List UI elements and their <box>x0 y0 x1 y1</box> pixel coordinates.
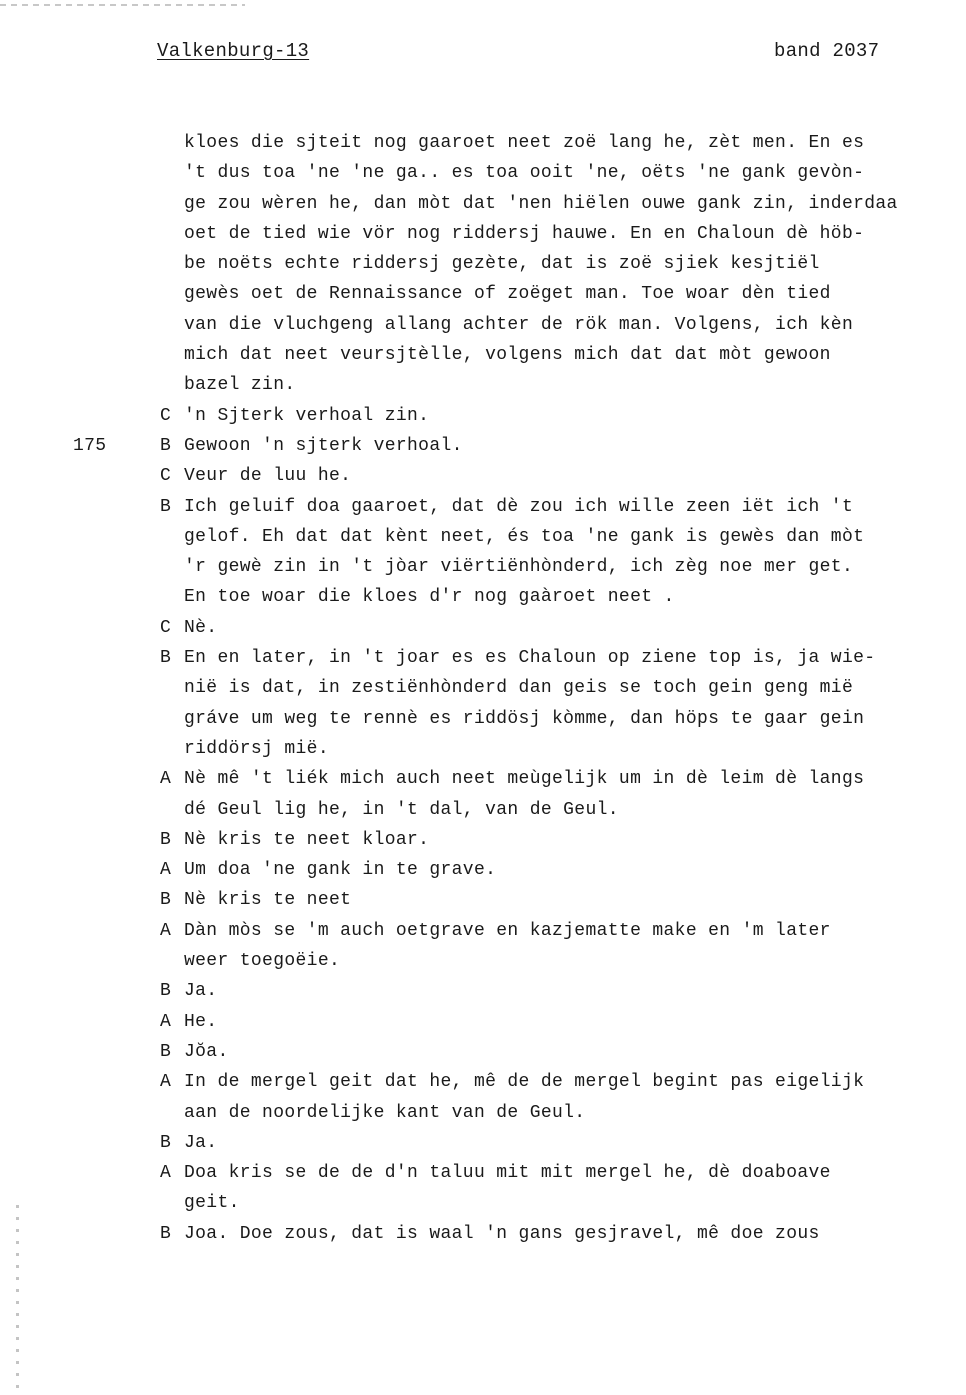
transcript-line: BJoa. Doe zous, dat is waal 'n gans gesj… <box>0 1219 966 1249</box>
transcript-line: aan de noordelijke kant van de Geul. <box>0 1098 966 1128</box>
speaker-label: B <box>160 492 171 522</box>
transcript-line: 175BGewoon 'n sjterk verhoal. <box>0 431 966 461</box>
transcript-line: CVeur de luu he. <box>0 461 966 491</box>
scan-artifact <box>0 4 245 6</box>
speaker-label: B <box>160 1128 171 1158</box>
speaker-label: B <box>160 1037 171 1067</box>
transcript-line: geit. <box>0 1188 966 1218</box>
line-text: ge zou wèren he, dan mòt dat 'nen hiëlen… <box>184 189 898 219</box>
speaker-label: A <box>160 916 171 946</box>
transcript-line: BNè kris te neet kloar. <box>0 825 966 855</box>
line-text: mich dat neet veursjtèlle, volgens mich … <box>184 340 831 370</box>
transcript-line: ADàn mòs se 'm auch oetgrave en kazjemat… <box>0 916 966 946</box>
transcript-line: gráve um weg te rennè es riddösj kòmme, … <box>0 704 966 734</box>
line-text: 't dus toa 'ne 'ne ga.. es toa ooit 'ne,… <box>184 158 864 188</box>
speaker-label: C <box>160 401 171 431</box>
transcript-line: van die vluchgeng allang achter de rök m… <box>0 310 966 340</box>
line-text: Jŏa. <box>184 1037 229 1067</box>
transcript-line: BNè kris te neet <box>0 885 966 915</box>
transcript-line: ANè mê 't liék mich auch neet meùgelijk … <box>0 764 966 794</box>
transcript-line: BJa. <box>0 976 966 1006</box>
line-text: nië is dat, in zestiënhònderd dan geis s… <box>184 673 853 703</box>
line-text: 'n Sjterk verhoal zin. <box>184 401 429 431</box>
speaker-label: B <box>160 431 171 461</box>
speaker-label: B <box>160 643 171 673</box>
line-text: 'r gewè zin in 't jòar viërtiënhònderd, … <box>184 552 853 582</box>
line-text: En en later, in 't joar es es Chaloun op… <box>184 643 875 673</box>
speaker-label: B <box>160 976 171 1006</box>
line-text: geit. <box>184 1188 240 1218</box>
line-text: Ja. <box>184 1128 217 1158</box>
transcript-line: BJa. <box>0 1128 966 1158</box>
line-text: oet de tied wie vör nog riddersj hauwe. … <box>184 219 864 249</box>
line-text: be noëts echte riddersj gezète, dat is z… <box>184 249 820 279</box>
transcript-line: weer toegoëie. <box>0 946 966 976</box>
speaker-label: B <box>160 825 171 855</box>
speaker-label: A <box>160 1158 171 1188</box>
line-text: weer toegoëie. <box>184 946 340 976</box>
line-text: bazel zin. <box>184 370 296 400</box>
speaker-label: C <box>160 461 171 491</box>
speaker-label: B <box>160 1219 171 1249</box>
transcript-line: C'n Sjterk verhoal zin. <box>0 401 966 431</box>
transcript-line: gewès oet de Rennaissance of zoëget man.… <box>0 279 966 309</box>
line-text: aan de noordelijke kant van de Geul. <box>184 1098 585 1128</box>
line-text: gewès oet de Rennaissance of zoëget man.… <box>184 279 831 309</box>
band-number: band 2037 <box>774 40 879 62</box>
line-text: van die vluchgeng allang achter de rök m… <box>184 310 853 340</box>
line-text: Nè mê 't liék mich auch neet meùgelijk u… <box>184 764 864 794</box>
line-text: gráve um weg te rennè es riddösj kòmme, … <box>184 704 864 734</box>
line-text: En toe woar die kloes d'r nog gaàroet ne… <box>184 582 675 612</box>
speaker-label: A <box>160 855 171 885</box>
transcript-line: gelof. Eh dat dat kènt neet, és toa 'ne … <box>0 522 966 552</box>
transcript-line: BJŏa. <box>0 1037 966 1067</box>
transcript-line: 'r gewè zin in 't jòar viërtiënhònderd, … <box>0 552 966 582</box>
line-text: Veur de luu he. <box>184 461 351 491</box>
transcript-line: BIch geluif doa gaaroet, dat dè zou ich … <box>0 492 966 522</box>
line-text: gelof. Eh dat dat kènt neet, és toa 'ne … <box>184 522 864 552</box>
speaker-label: A <box>160 1007 171 1037</box>
transcript-line: oet de tied wie vör nog riddersj hauwe. … <box>0 219 966 249</box>
transcript-line: ge zou wèren he, dan mòt dat 'nen hiëlen… <box>0 189 966 219</box>
line-text: Gewoon 'n sjterk verhoal. <box>184 431 463 461</box>
transcript-line: En toe woar die kloes d'r nog gaàroet ne… <box>0 582 966 612</box>
line-text: riddörsj mië. <box>184 734 329 764</box>
transcript-line: kloes die sjteit nog gaaroet neet zoë la… <box>0 128 966 158</box>
line-text: dé Geul lig he, in 't dal, van de Geul. <box>184 795 619 825</box>
line-text: Ja. <box>184 976 217 1006</box>
line-text: Nè. <box>184 613 217 643</box>
line-text: Joa. Doe zous, dat is waal 'n gans gesjr… <box>184 1219 820 1249</box>
transcript-line: dé Geul lig he, in 't dal, van de Geul. <box>0 795 966 825</box>
line-text: Dàn mòs se 'm auch oetgrave en kazjematt… <box>184 916 831 946</box>
transcript-line: nië is dat, in zestiënhònderd dan geis s… <box>0 673 966 703</box>
speaker-label: C <box>160 613 171 643</box>
speaker-label: A <box>160 764 171 794</box>
speaker-label: B <box>160 885 171 915</box>
transcript-line: riddörsj mië. <box>0 734 966 764</box>
line-text: Ich geluif doa gaaroet, dat dè zou ich w… <box>184 492 853 522</box>
transcript-line: BEn en later, in 't joar es es Chaloun o… <box>0 643 966 673</box>
line-text: Um doa 'ne gank in te grave. <box>184 855 496 885</box>
line-text: Nè kris te neet kloar. <box>184 825 429 855</box>
transcript-line: CNè. <box>0 613 966 643</box>
line-text: He. <box>184 1007 217 1037</box>
transcript-line: ADoa kris se de de d'n taluu mit mit mer… <box>0 1158 966 1188</box>
transcript-line: mich dat neet veursjtèlle, volgens mich … <box>0 340 966 370</box>
line-text: kloes die sjteit nog gaaroet neet zoë la… <box>184 128 864 158</box>
line-text: Nè kris te neet <box>184 885 351 915</box>
transcript-body: kloes die sjteit nog gaaroet neet zoë la… <box>0 128 966 1249</box>
transcript-line: bazel zin. <box>0 370 966 400</box>
line-number: 175 <box>73 431 106 461</box>
transcript-line: AUm doa 'ne gank in te grave. <box>0 855 966 885</box>
transcript-line: 't dus toa 'ne 'ne ga.. es toa ooit 'ne,… <box>0 158 966 188</box>
document-title: Valkenburg-13 <box>157 40 309 62</box>
speaker-label: A <box>160 1067 171 1097</box>
transcript-line: be noëts echte riddersj gezète, dat is z… <box>0 249 966 279</box>
line-text: Doa kris se de de d'n taluu mit mit merg… <box>184 1158 831 1188</box>
transcript-line: AHe. <box>0 1007 966 1037</box>
line-text: In de mergel geit dat he, mê de de merge… <box>184 1067 864 1097</box>
transcript-line: AIn de mergel geit dat he, mê de de merg… <box>0 1067 966 1097</box>
